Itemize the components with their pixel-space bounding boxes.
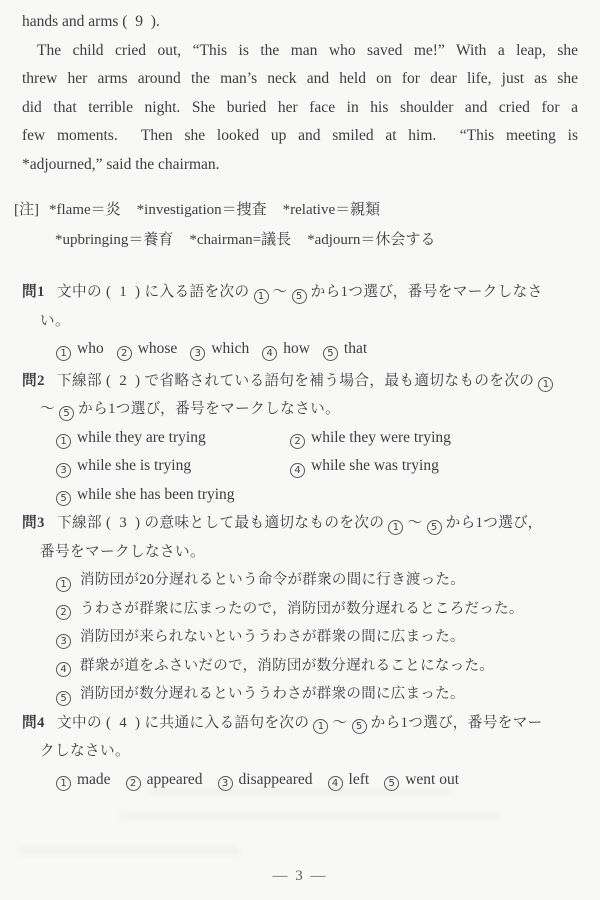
question-3: 問3 下線部 ( 3 ) の意味として最も適切なものを次の 1 ～ 5 から1つ… bbox=[22, 509, 578, 709]
option-text: while they are trying bbox=[77, 429, 206, 446]
option-text: 消防団が来られないといううわさが群衆の間に広まった。 bbox=[80, 629, 465, 645]
option-text: that bbox=[344, 340, 367, 357]
note-item: *investigation＝捜査 bbox=[137, 195, 267, 225]
question-3-prompt-line2: 番号をマークしなさい。 bbox=[22, 538, 578, 567]
question-4-prompt-line2: クしなさい。 bbox=[22, 737, 578, 766]
scan-artifact bbox=[120, 812, 500, 819]
circled-number-icon: 4 bbox=[290, 463, 305, 478]
circled-number-icon: 1 bbox=[254, 289, 269, 304]
option-1: 1while they are trying bbox=[56, 424, 290, 453]
option-text: made bbox=[77, 771, 111, 788]
question-3-prompt-line1: 下線部 ( 3 ) の意味として最も適切なものを次の 1 ～ 5 から1つ選び， bbox=[57, 509, 578, 538]
option-5: 5消防団が数分遅れるといううわさが群衆の間に広まった。 bbox=[56, 680, 578, 709]
question-3-label: 問3 bbox=[22, 509, 57, 538]
circled-number-icon: 5 bbox=[292, 289, 307, 304]
passage-line: *adjourned,” said the chairman. bbox=[22, 151, 578, 180]
circled-number-icon: 2 bbox=[126, 776, 141, 791]
circled-number-icon: 2 bbox=[117, 346, 132, 361]
question-2-options: 1while they are trying 2while they were … bbox=[22, 424, 578, 510]
circled-number-icon: 1 bbox=[56, 776, 71, 791]
option-text: went out bbox=[405, 771, 459, 788]
note-item: *relative＝親類 bbox=[283, 195, 380, 225]
scan-artifact bbox=[150, 788, 450, 796]
notes-row-1: [注] *flame＝炎 *investigation＝捜査 *relative… bbox=[14, 195, 578, 225]
option-text: うわさが群衆に広まったので，消防団が数分遅れるところだった。 bbox=[80, 601, 524, 617]
question-1-prompt-line2: い。 bbox=[22, 307, 578, 336]
question-4-prompt-line1: 文中の ( 4 ) に共通に入る語句を次の 1 ～ 5 から1つ選び，番号をマー bbox=[57, 709, 578, 738]
question-2: 問2 下線部 ( 2 ) で省略されている語句を補う場合，最も適切なものを次の … bbox=[22, 367, 578, 510]
question-3-options: 1消防団が20分遅れるという命令が群衆の間に行き渡った。 2うわさが群衆に広まっ… bbox=[22, 566, 578, 709]
option-3: 3消防団が来られないといううわさが群衆の間に広まった。 bbox=[56, 623, 578, 652]
circled-number-icon: 5 bbox=[352, 719, 367, 734]
option-4: 4群衆が道をふさいだので，消防団が数分遅れることになった。 bbox=[56, 652, 578, 681]
circled-number-icon: 2 bbox=[290, 434, 305, 449]
option-5: 5while she has been trying bbox=[56, 481, 290, 510]
passage-line: threw her arms around the man’s neck and… bbox=[22, 65, 578, 94]
option-text: which bbox=[211, 340, 249, 357]
circled-number-icon: 1 bbox=[56, 577, 71, 592]
circled-number-icon: 1 bbox=[56, 434, 71, 449]
option-text: while she is trying bbox=[77, 457, 191, 474]
option-text: while they were trying bbox=[311, 429, 451, 446]
question-2-label: 問2 bbox=[22, 367, 57, 396]
option-text: while she has been trying bbox=[77, 486, 235, 503]
option-text: how bbox=[283, 340, 310, 357]
option-text: left bbox=[349, 771, 370, 788]
circled-number-icon: 5 bbox=[59, 406, 74, 421]
circled-number-icon: 5 bbox=[56, 491, 71, 506]
question-1: 問1 文中の ( 1 ) に入る語を次の 1 ～ 5 から1つ選び，番号をマーク… bbox=[22, 278, 578, 364]
option-text: 消防団が数分遅れるといううわさが群衆の間に広まった。 bbox=[80, 686, 465, 702]
passage-continuation-line: hands and arms ( 9 ). bbox=[22, 8, 578, 37]
question-1-prompt-line1: 文中の ( 1 ) に入る語を次の 1 ～ 5 から1つ選び，番号をマークしなさ bbox=[57, 278, 578, 307]
option-text: while she was trying bbox=[311, 457, 439, 474]
circled-number-icon: 5 bbox=[56, 691, 71, 706]
question-1-options: 1who 2whose 3which 4how 5that bbox=[22, 335, 578, 364]
option-4: 4how bbox=[262, 335, 310, 364]
notes-marker: [注] bbox=[14, 195, 39, 225]
option-3: 3which bbox=[190, 335, 249, 364]
circled-number-icon: 2 bbox=[56, 605, 71, 620]
option-text: 群衆が道をふさいだので，消防団が数分遅れることになった。 bbox=[80, 658, 494, 674]
passage-line: The child cried out, “This is the man wh… bbox=[22, 37, 578, 66]
note-item: *upbringing＝養育 bbox=[55, 225, 173, 255]
note-item: *flame＝炎 bbox=[49, 195, 121, 225]
note-item: *adjourn＝休会する bbox=[307, 225, 435, 255]
vocabulary-notes: [注] *flame＝炎 *investigation＝捜査 *relative… bbox=[14, 195, 578, 255]
scanned-exam-page: hands and arms ( 9 ). The child cried ou… bbox=[0, 0, 600, 900]
option-text: disappeared bbox=[239, 771, 313, 788]
question-2-prompt-line1: 下線部 ( 2 ) で省略されている語句を補う場合，最も適切なものを次の 1 bbox=[57, 367, 578, 396]
option-3: 3while she is trying bbox=[56, 452, 290, 481]
option-1: 1who bbox=[56, 335, 104, 364]
circled-number-icon: 5 bbox=[427, 520, 442, 535]
circled-number-icon: 1 bbox=[313, 719, 328, 734]
option-4: 4while she was trying bbox=[290, 452, 578, 481]
option-2: 2while they were trying bbox=[290, 424, 578, 453]
question-1-label: 問1 bbox=[22, 278, 57, 307]
option-text: appeared bbox=[147, 771, 203, 788]
option-text: whose bbox=[138, 340, 178, 357]
option-2: 2whose bbox=[117, 335, 178, 364]
circled-number-icon: 4 bbox=[262, 346, 277, 361]
circled-number-icon: 5 bbox=[323, 346, 338, 361]
passage-line: did that terrible night. She buried her … bbox=[22, 94, 578, 123]
passage-paragraph: The child cried out, “This is the man wh… bbox=[22, 37, 578, 180]
scan-artifact bbox=[20, 846, 240, 856]
option-2: 2うわさが群衆に広まったので，消防団が数分遅れるところだった。 bbox=[56, 595, 578, 624]
notes-row-2: *upbringing＝養育 *chairman=議長 *adjourn＝休会す… bbox=[14, 225, 578, 255]
circled-number-icon: 1 bbox=[56, 346, 71, 361]
question-4: 問4 文中の ( 4 ) に共通に入る語句を次の 1 ～ 5 から1つ選び，番号… bbox=[22, 709, 578, 795]
passage-line: few moments. Then she looked up and smil… bbox=[22, 122, 578, 151]
circled-number-icon: 1 bbox=[388, 520, 403, 535]
option-5: 5that bbox=[323, 335, 367, 364]
option-1: 1made bbox=[56, 766, 111, 795]
circled-number-icon: 3 bbox=[190, 346, 205, 361]
page-number: — 3 — bbox=[0, 868, 600, 885]
question-2-prompt-line2: ～ 5 から1つ選び，番号をマークしなさい。 bbox=[22, 395, 578, 424]
option-1: 1消防団が20分遅れるという命令が群衆の間に行き渡った。 bbox=[56, 566, 578, 595]
option-text: 消防団が20分遅れるという命令が群衆の間に行き渡った。 bbox=[80, 572, 465, 588]
circled-number-icon: 1 bbox=[538, 377, 553, 392]
circled-number-icon: 4 bbox=[56, 662, 71, 677]
circled-number-icon: 3 bbox=[56, 463, 71, 478]
circled-number-icon: 3 bbox=[56, 634, 71, 649]
option-text: who bbox=[77, 340, 104, 357]
question-4-label: 問4 bbox=[22, 709, 57, 738]
note-item: *chairman=議長 bbox=[189, 225, 291, 255]
